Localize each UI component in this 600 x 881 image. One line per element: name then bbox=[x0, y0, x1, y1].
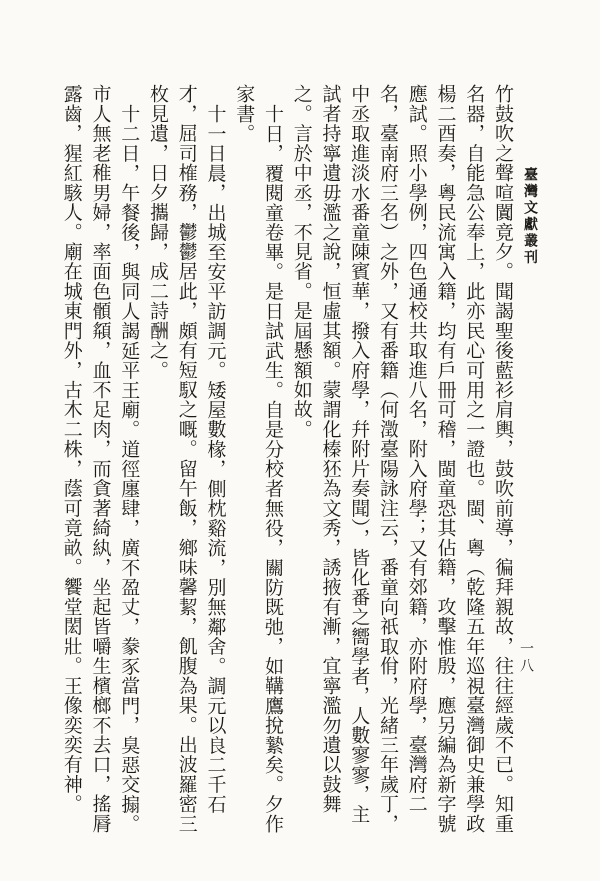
page-number: 一八 bbox=[515, 641, 535, 675]
paragraph: 十二日，午餐後，與同人謁延平王廟。道徑廛肆，廣不盈丈，豢豕當門，臭惡交搧。市人無… bbox=[56, 84, 142, 840]
scanned-book-page: 臺灣文獻叢刊 一八 竹鼓吹之聲喧闐竟夕。聞謁聖後藍衫肩輿，鼓吹前導，徧拜親故，往… bbox=[0, 0, 600, 881]
paragraph: 十一日晨，出城至安平訪調元。矮屋數椽，側枕谿流，別無鄰舍。調元以良二千石才，屈司… bbox=[142, 84, 228, 840]
main-text-block: 竹鼓吹之聲喧闐竟夕。聞謁聖後藍衫肩輿，鼓吹前導，徧拜親故，往往經歲不已。知重名器… bbox=[56, 84, 516, 840]
paragraph: 十日，覆閱童卷畢。是日試武生。自是分校者無役，關防既弛，如鞲鷹挩縶矣。夕作家書。 bbox=[229, 84, 287, 840]
book-series-title: 臺灣文獻叢刊 bbox=[519, 167, 539, 266]
paragraph: 竹鼓吹之聲喧闐竟夕。聞謁聖後藍衫肩輿，鼓吹前導，徧拜親故，往往經歲不已。知重名器… bbox=[286, 84, 516, 840]
